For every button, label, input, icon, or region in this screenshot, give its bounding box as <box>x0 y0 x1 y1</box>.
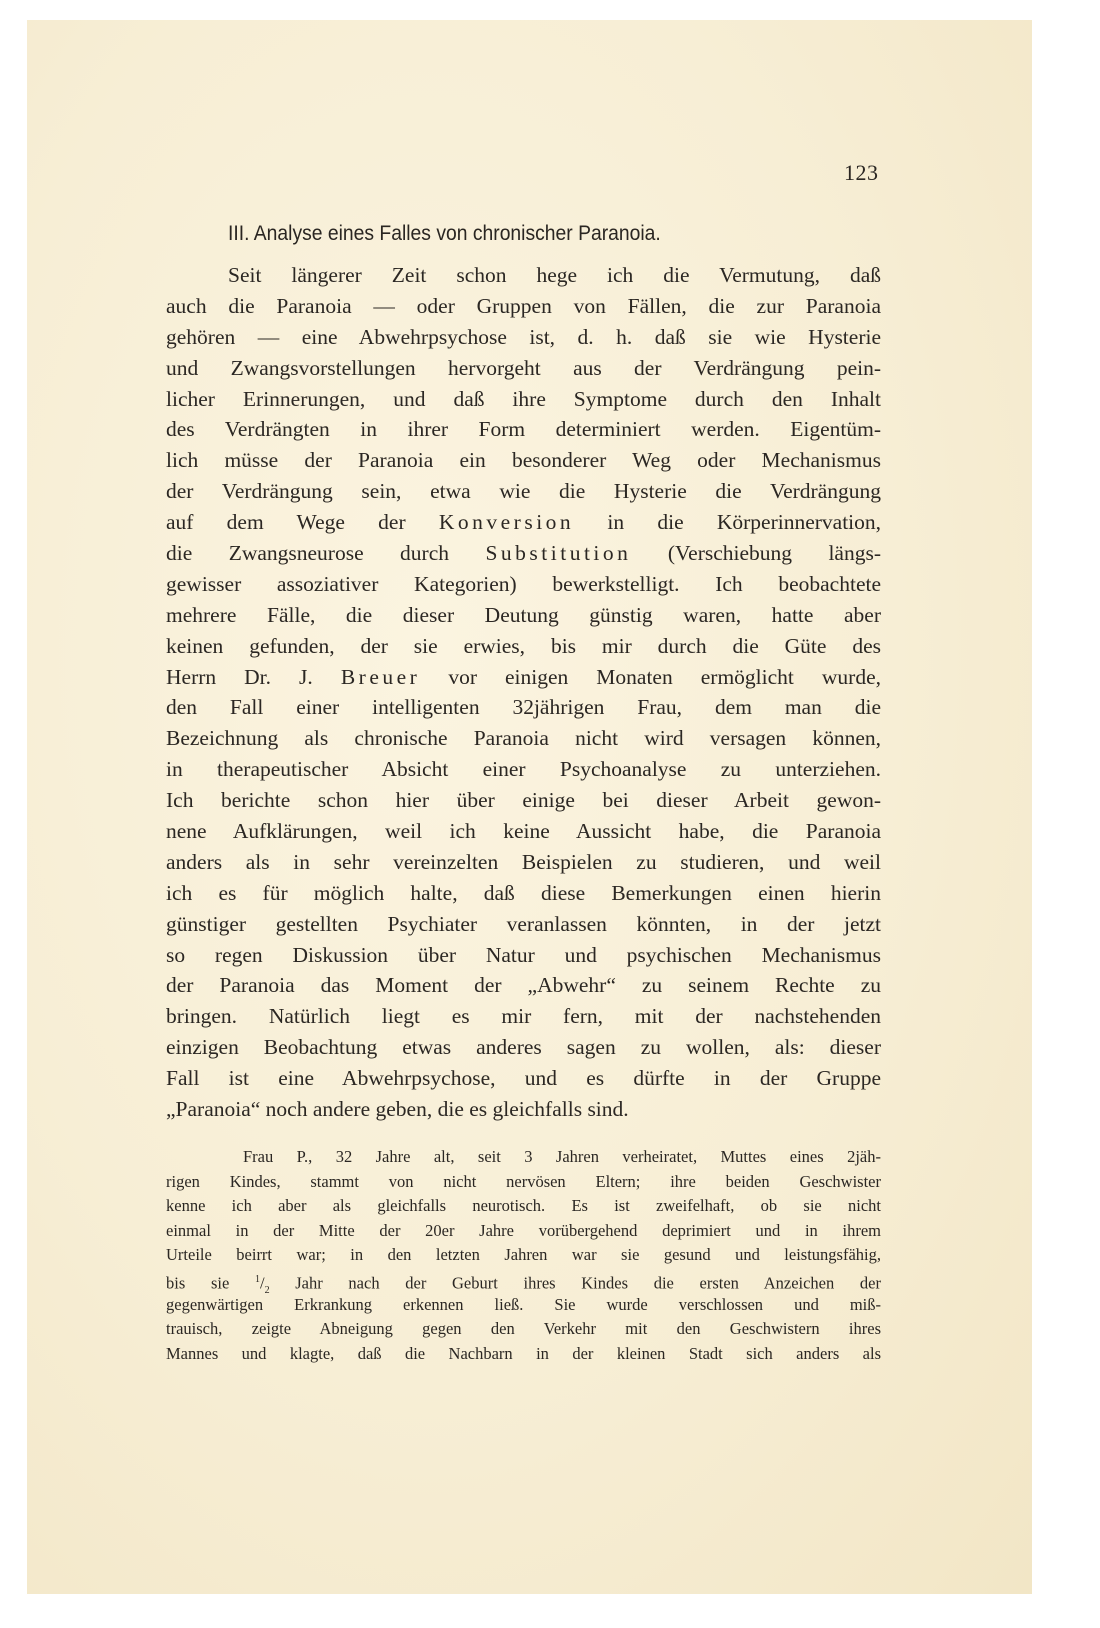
text-line: bis sie 1/2 Jahr nach der Geburt ihres K… <box>166 1268 881 1293</box>
text-line: trauisch, zeigte Abneigung gegen den Ver… <box>166 1317 881 1342</box>
text-line: die Zwangsneurose durch Substitution (Ve… <box>166 538 881 569</box>
text-line: Fall ist eine Abwehrpsychose, und es dür… <box>166 1063 881 1094</box>
text-line: bringen. Natürlich liegt es mir fern, mi… <box>166 1001 881 1032</box>
page-number: 123 <box>844 160 879 186</box>
text-fragment: die Zwangsneurose durch <box>166 541 449 565</box>
text-fragment: in die Körperinnervation, <box>607 510 881 534</box>
text-line: der Verdrängung sein, etwa wie die Hyste… <box>166 476 881 507</box>
text-line: Seit längerer Zeit schon hege ich die Ve… <box>166 260 881 291</box>
text-line: „Paranoia“ noch andere geben, die es gle… <box>166 1094 881 1125</box>
text-line: einzigen Beobachtung etwas anderes sagen… <box>166 1032 881 1063</box>
text-line: licher Erinnerungen, und daß ihre Sympto… <box>166 384 881 415</box>
emphasized-name: Breuer <box>341 665 421 689</box>
text-fragment: bis sie <box>166 1273 229 1292</box>
text-line: so regen Diskussion über Natur und psych… <box>166 940 881 971</box>
text-line: günstiger gestellten Psychiater veranlas… <box>166 909 881 940</box>
text-line: des Verdrängten in ihrer Form determinie… <box>166 414 881 445</box>
text-fragment: Herrn Dr. J. <box>166 665 313 689</box>
text-line: Frau P., 32 Jahre alt, seit 3 Jahren ver… <box>166 1145 881 1170</box>
text-line: anders als in sehr vereinzelten Beispiel… <box>166 847 881 878</box>
text-line: kenne ich aber als gleichfalls neurotisc… <box>166 1194 881 1219</box>
text-line: den Fall einer intelligenten 32jährigen … <box>166 692 881 723</box>
book-page: 123 III. Analyse eines Falles von chroni… <box>27 20 1032 1594</box>
text-fragment: auf dem Wege der <box>166 510 406 534</box>
text-line: Ich berichte schon hier über einige bei … <box>166 785 881 816</box>
text-line: ich es für möglich halte, daß diese Beme… <box>166 878 881 909</box>
text-line: rigen Kindes, stammt von nicht nervösen … <box>166 1170 881 1195</box>
chapter-heading: III. Analyse eines Falles von chronische… <box>228 222 872 246</box>
text-fragment: Jahr nach der Geburt ihres Kindes die er… <box>295 1273 881 1292</box>
text-line: einmal in der Mitte der 20er Jahre vorüb… <box>166 1219 881 1244</box>
text-line: Bezeichnung als chronische Paranoia nich… <box>166 723 881 754</box>
text-line: auf dem Wege der Konversion in die Körpe… <box>166 507 881 538</box>
text-line: auch die Paranoia — oder Gruppen von Fäl… <box>166 291 881 322</box>
text-line: gegenwärtigen Erkrankung erkennen ließ. … <box>166 1293 881 1318</box>
case-description-small-print: Frau P., 32 Jahre alt, seit 3 Jahren ver… <box>166 1145 881 1366</box>
emphasized-term: Konversion <box>439 510 574 534</box>
text-line: Mannes und klagte, daß die Nachbarn in d… <box>166 1342 881 1367</box>
emphasized-term: Substitution <box>485 541 631 565</box>
text-line: gehören — eine Abwehrpsychose ist, d. h.… <box>166 322 881 353</box>
text-line: der Paranoia das Moment der „Abwehr“ zu … <box>166 970 881 1001</box>
body-paragraph: Seit längerer Zeit schon hege ich die Ve… <box>166 260 881 1125</box>
text-line: gewisser assoziativer Kategorien) bewerk… <box>166 569 881 600</box>
text-line: Urteile beirrt war; in den letzten Jahre… <box>166 1243 881 1268</box>
text-line: lich müsse der Paranoia ein besonderer W… <box>166 445 881 476</box>
text-line: und Zwangsvorstellungen hervorgeht aus d… <box>166 353 881 384</box>
text-line: in therapeutischer Absicht einer Psychoa… <box>166 754 881 785</box>
text-fragment: (Verschiebung längs- <box>668 541 881 565</box>
fraction-numerator: 1 <box>255 1274 260 1285</box>
text-line: nene Aufklärungen, weil ich keine Aussic… <box>166 816 881 847</box>
text-line: Herrn Dr. J. Breuer vor einigen Monaten … <box>166 662 881 693</box>
text-fragment: vor einigen Monaten ermöglicht wurde, <box>448 665 881 689</box>
text-line: mehrere Fälle, die dieser Deutung günsti… <box>166 600 881 631</box>
text-line: keinen gefunden, der sie erwies, bis mir… <box>166 631 881 662</box>
